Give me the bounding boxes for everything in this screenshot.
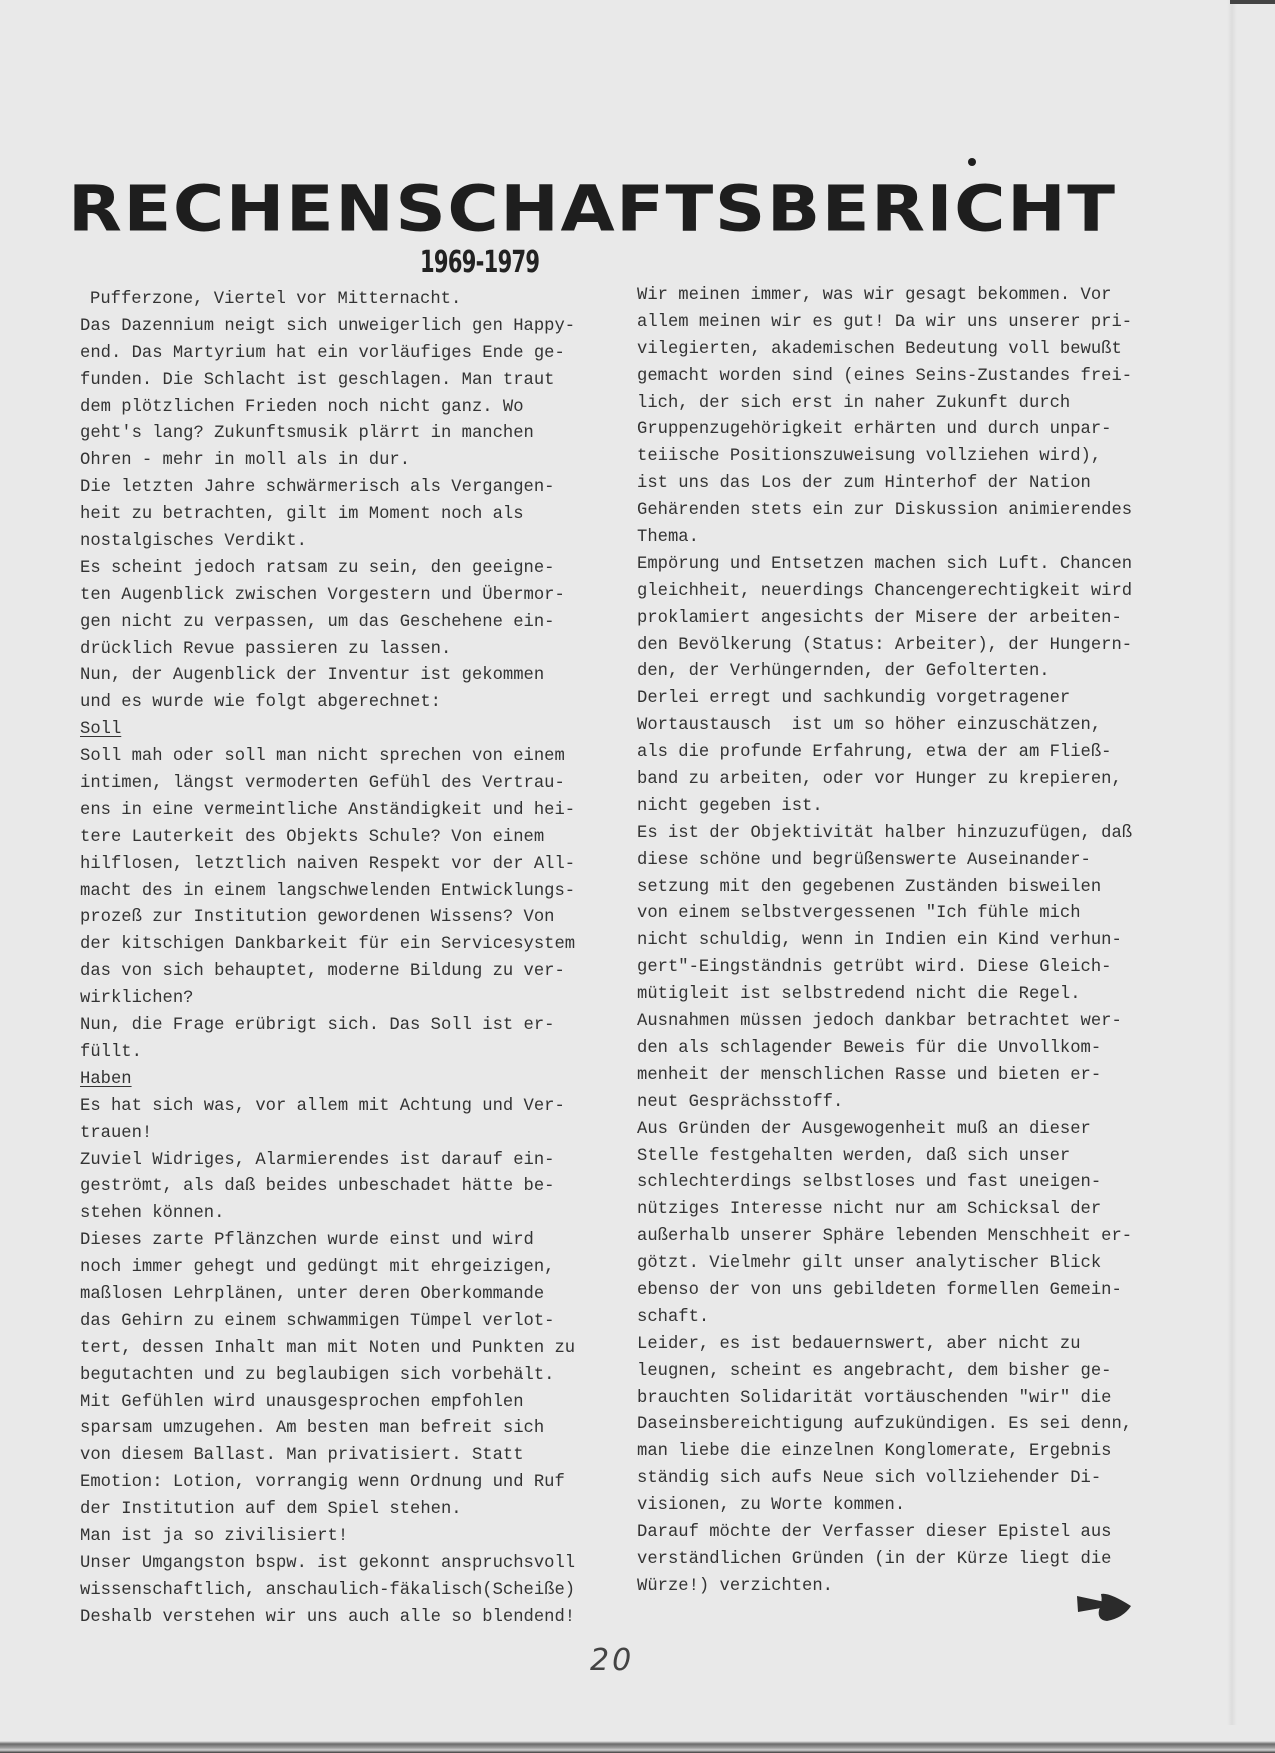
page-fold-shadow (1227, 0, 1237, 1725)
text-line: und es wurde wie folgt abgerechnet: (80, 690, 575, 717)
arrow-right-icon (1075, 1592, 1133, 1622)
text-line: menheit der menschlichen Rasse und biete… (637, 1063, 1132, 1090)
title-letter: H (226, 183, 283, 235)
text-line: nicht gegeben ist. (637, 794, 1132, 821)
text-line: Thema. (637, 525, 1132, 552)
title-letter: E (286, 183, 332, 235)
text-line: man liebe die einzelnen Konglomerate, Er… (637, 1439, 1132, 1466)
text-line: nostalgisches Verdikt. (80, 529, 575, 556)
page-title: RECHENSCHAFTSBERICHT (68, 180, 1113, 238)
text-line: proklamiert angesichts der Misere der ar… (637, 606, 1132, 633)
title-letter: T (1067, 183, 1113, 235)
text-line: vilegierten, akademischen Bedeutung voll… (637, 337, 1132, 364)
text-line: gleichheit, neuerdings Chancengerechtigk… (637, 579, 1132, 606)
text-line: ten Augenblick zwischen Vorgestern und Ü… (80, 583, 575, 610)
text-line: Dieses zarte Pflänzchen wurde einst und … (80, 1228, 575, 1255)
text-line: tert, dessen Inhalt man mit Noten und Pu… (80, 1336, 575, 1363)
text-line: lich, der sich erst in naher Zukunft dur… (637, 391, 1132, 418)
text-line: mütigleit ist selbstredend nicht die Reg… (637, 982, 1132, 1009)
title-letter: F (616, 183, 662, 235)
text-line: end. Das Martyrium hat ein vorläufiges E… (80, 341, 575, 368)
left-text-column: Pufferzone, Viertel vor Mitternacht.Das … (80, 287, 575, 1632)
text-line: geht's lang? Zukunftsmusik plärrt in man… (80, 421, 575, 448)
text-line: das Gehirn zu einem schwammigen Tümpel v… (80, 1309, 575, 1336)
text-line: Derlei erregt und sachkundig vorgetragen… (637, 686, 1132, 713)
text-line: Stelle festgehalten werden, daß sich uns… (637, 1144, 1132, 1171)
text-line: Das Dazennium neigt sich unweigerlich ge… (80, 314, 575, 341)
text-line: ständig sich aufs Neue sich vollziehende… (637, 1466, 1132, 1493)
text-line: neut Gesprächsstoff. (637, 1090, 1132, 1117)
text-line: Gruppenzugehörigkeit erhärten und durch … (637, 417, 1132, 444)
text-line: visionen, zu Worte kommen. (637, 1493, 1132, 1520)
text-line: sparsam umzugehen. Am besten man befreit… (80, 1416, 575, 1443)
text-line: prozeß zur Institution gewordenen Wissen… (80, 905, 575, 932)
text-line: intimen, längst vermoderten Gefühl des V… (80, 771, 575, 798)
text-line: Leider, es ist bedauernswert, aber nicht… (637, 1332, 1132, 1359)
text-line: band zu arbeiten, oder vor Hunger zu kre… (637, 767, 1132, 794)
text-line: begutachten und zu beglaubigen sich vorb… (80, 1363, 575, 1390)
text-line: Wortaustausch ist um so höher einzuschät… (637, 713, 1132, 740)
right-text-column: Wir meinen immer, was wir gesagt bekomme… (637, 283, 1132, 1601)
text-line: den als schlagender Beweis für die Unvol… (637, 1036, 1132, 1063)
text-line: wissenschaftlich, anschaulich-fäkalisch(… (80, 1578, 575, 1605)
title-letter: A (560, 183, 612, 235)
text-line: maßlosen Lehrplänen, unter deren Oberkom… (80, 1282, 575, 1309)
text-line: tere Lauterkeit des Objekts Schule? Von … (80, 825, 575, 852)
text-line: setzung mit den gegebenen Zuständen bisw… (637, 875, 1132, 902)
text-line: den, der Verhüngernden, der Gefolterten. (637, 659, 1132, 686)
text-line: Pufferzone, Viertel vor Mitternacht. (80, 287, 575, 314)
text-line: heit zu betrachten, gilt im Moment noch … (80, 502, 575, 529)
section-heading: Soll (80, 717, 575, 744)
title-letter: C (447, 183, 496, 235)
text-line: Ausnahmen müssen jedoch dankbar betracht… (637, 1009, 1132, 1036)
text-line: ebenso der von uns gebildeten formellen … (637, 1278, 1132, 1305)
text-line: Würze!) verzichten. (637, 1574, 1132, 1601)
text-line: trauen! (80, 1121, 575, 1148)
text-line: füllt. (80, 1040, 575, 1067)
text-line: Soll mah oder soll man nicht sprechen vo… (80, 744, 575, 771)
title-letter: T (666, 183, 712, 235)
text-line: Deshalb verstehen wir uns auch alle so b… (80, 1605, 575, 1632)
title-letter: N (335, 183, 392, 235)
text-line: der kitschigen Dankbarkeit für ein Servi… (80, 932, 575, 959)
text-line: Es hat sich was, vor allem mit Achtung u… (80, 1094, 575, 1121)
title-letter: E (123, 183, 169, 235)
text-line: Emotion: Lotion, vorrangig wenn Ordnung … (80, 1470, 575, 1497)
text-line: schaft. (637, 1305, 1132, 1332)
title-letter: S (395, 183, 443, 235)
text-line: götzt. Vielmehr gilt unser analytischer … (637, 1251, 1132, 1278)
title-letter: S (715, 183, 763, 235)
text-line: der Institution auf dem Spiel stehen. (80, 1497, 575, 1524)
text-line: als die profunde Erfahrung, etwa der am … (637, 740, 1132, 767)
text-line: drücklich Revue passieren zu lassen. (80, 637, 575, 664)
text-line: geströmt, als daß beides unbeschadet hät… (80, 1174, 575, 1201)
text-line: gemacht worden sind (eines Seins-Zustand… (637, 364, 1132, 391)
text-line: den Bevölkerung (Status: Arbeiter), der … (637, 633, 1132, 660)
text-line: diese schöne und begrüßenswerte Auseinan… (637, 848, 1132, 875)
text-line: gert"-Eingständnis getrübt wird. Diese G… (637, 955, 1132, 982)
text-line: Es scheint jedoch ratsam zu sein, den ge… (80, 556, 575, 583)
text-line: von einem selbstvergessenen "Ich fühle m… (637, 901, 1132, 928)
text-line: Nun, die Frage erübrigt sich. Das Soll i… (80, 1013, 575, 1040)
text-line: teiische Positionszuweisung vollziehen w… (637, 444, 1132, 471)
text-line: gen nicht zu verpassen, um das Geschehen… (80, 610, 575, 637)
text-line: brauchten Solidarität vortäuschenden "wi… (637, 1386, 1132, 1413)
scan-edge-top (1230, 0, 1275, 4)
text-line: ens in eine vermeintliche Anständigkeit … (80, 798, 575, 825)
page-number: 20 (590, 1643, 634, 1678)
text-line: stehen können. (80, 1201, 575, 1228)
year-range: 1969-1979 (420, 245, 539, 280)
text-line: Daseinsbereichtigung aufzukündigen. Es s… (637, 1412, 1132, 1439)
text-line: Nun, der Augenblick der Inventur ist gek… (80, 663, 575, 690)
text-line: nicht schuldig, wenn in Indien ein Kind … (637, 928, 1132, 955)
text-line: außerhalb unserer Sphäre lebenden Mensch… (637, 1224, 1132, 1251)
text-line: wirklichen? (80, 986, 575, 1013)
text-line: allem meinen wir es gut! Da wir uns unse… (637, 310, 1132, 337)
text-line: Zuviel Widriges, Alarmierendes ist darau… (80, 1148, 575, 1175)
text-line: noch immer gehegt und gedüngt mit ehrgei… (80, 1255, 575, 1282)
text-line: macht des in einem langschwelenden Entwi… (80, 879, 575, 906)
text-line: funden. Die Schlacht ist geschlagen. Man… (80, 368, 575, 395)
text-line: schlechterdings selbstloses und fast une… (637, 1170, 1132, 1197)
text-line: leugnen, scheint es angebracht, dem bish… (637, 1359, 1132, 1386)
text-line: Die letzten Jahre schwärmerisch als Verg… (80, 475, 575, 502)
text-line: hilflosen, letztlich naiven Respekt vor … (80, 852, 575, 879)
text-line: das von sich behauptet, moderne Bildung … (80, 959, 575, 986)
text-line: von diesem Ballast. Man privatisiert. St… (80, 1443, 575, 1470)
title-letter: H (500, 183, 557, 235)
text-line: Ohren - mehr in moll als in dur. (80, 448, 575, 475)
text-line: ist uns das Los der zum Hinterhof der Na… (637, 471, 1132, 498)
text-line: Es ist der Objektivität halber hinzuzufü… (637, 821, 1132, 848)
text-line: dem plötzlichen Frieden noch nicht ganz.… (80, 395, 575, 422)
text-line: verständlichen Gründen (in der Kürze lie… (637, 1547, 1132, 1574)
title-letter: C (173, 183, 222, 235)
text-line: Darauf möchte der Verfasser dieser Epist… (637, 1520, 1132, 1547)
text-line: Unser Umgangston bspw. ist gekonnt anspr… (80, 1551, 575, 1578)
text-line: Gehärenden stets ein zur Diskussion anim… (637, 498, 1132, 525)
title-letter: H (1007, 183, 1064, 235)
title-letter: E (822, 183, 868, 235)
title-letter: I (927, 183, 951, 235)
section-heading: Haben (80, 1067, 575, 1094)
title-dot-decoration (968, 158, 976, 166)
text-line: Man ist ja so zivilisiert! (80, 1524, 575, 1551)
title-letter: C (954, 183, 1003, 235)
text-line: Mit Gefühlen wird unausgesprochen empfoh… (80, 1390, 575, 1417)
text-line: Aus Gründen der Ausgewogenheit muß an di… (637, 1117, 1132, 1144)
text-line: nütziges Interesse nicht nur am Schicksa… (637, 1197, 1132, 1224)
text-line: Empörung und Entsetzen machen sich Luft.… (637, 552, 1132, 579)
title-letter: R (871, 183, 923, 235)
document-page: RECHENSCHAFTSBERICHT 1969-1979 Pufferzon… (0, 0, 1275, 1753)
title-letter: B (767, 183, 818, 235)
title-letter: R (68, 183, 120, 235)
scan-edge-bottom (0, 1741, 1275, 1753)
text-line: Wir meinen immer, was wir gesagt bekomme… (637, 283, 1132, 310)
